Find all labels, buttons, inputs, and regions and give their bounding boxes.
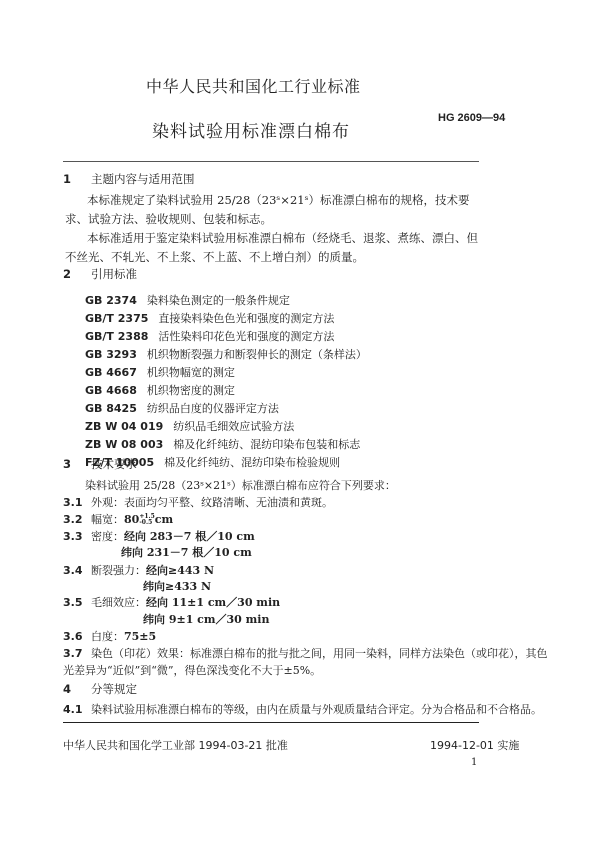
footer-divider: [63, 722, 479, 723]
item-value: 表面均匀平整、纹路清晰、无油渍和黄斑。: [124, 496, 333, 509]
reference-item: GB 4667机织物幅宽的测定: [85, 364, 235, 380]
reference-item: GB 3293机织物断裂强力和断裂伸长的测定（条样法）: [85, 346, 367, 362]
item-value: 标准漂白棉布的批与批之间，用同一染料，同样方法染色（或印花），其色: [190, 647, 548, 660]
standard-number: HG 2609—94: [438, 112, 505, 124]
page-number: 1: [471, 757, 477, 768]
item-number: 3.1: [63, 496, 91, 509]
section-number: 1: [63, 172, 91, 186]
item-value: 经向 11±1 cm／30 min: [146, 596, 280, 609]
section-4-heading: 4分等规定: [63, 681, 137, 697]
item-label: 断裂强力：: [91, 564, 146, 577]
section-3-heading: 3技术要求: [63, 456, 137, 472]
document-title: 染料试验用标准漂白棉布: [152, 117, 350, 142]
section-number: 3: [63, 457, 91, 471]
reference-code: ZB W 04 019: [85, 420, 163, 433]
item-label: 染色（印花）效果：: [91, 647, 190, 660]
reference-title: 机织物幅宽的测定: [147, 366, 235, 379]
item-number: 3.4: [63, 564, 91, 577]
section-number: 2: [63, 267, 91, 281]
requirement-3-7: 3.7染色（印花）效果：标准漂白棉布的批与批之间，用同一染料，同样方法染色（或印…: [63, 645, 548, 661]
requirement-3-7-cont: 光差异为“近似”到“微”，得色深浅变化不大于±5%。: [63, 662, 321, 678]
requirement-3-4: 3.4断裂强力：经向≥443 N: [63, 562, 214, 578]
reference-item: GB 4668机织物密度的测定: [85, 382, 235, 398]
requirement-4-1: 4.1染料试验用标准漂白棉布的等级，由内在质量与外观质量结合评定。分为合格品和不…: [63, 701, 542, 717]
reference-item: ZB W 04 019纺织品毛细效应试验方法: [85, 418, 294, 434]
tolerance: +1.5-0.5: [139, 514, 154, 526]
item-number: 3.5: [63, 596, 91, 609]
reference-code: GB 3293: [85, 348, 137, 361]
tolerance-minus: -0.5: [139, 520, 154, 526]
item-label: 外观：: [91, 496, 124, 509]
section-title: 技术要求: [91, 457, 137, 471]
section-1-heading: 1主题内容与适用范围: [63, 171, 195, 187]
section-3-intro: 染料试验用 25/28（23ˢ×21ˢ）标准漂白棉布应符合下列要求：: [85, 477, 396, 493]
item-value: 75±5: [124, 630, 156, 643]
reference-item: GB/T 2388活性染料印花色光和强度的测定方法: [85, 328, 334, 344]
requirement-3-6: 3.6白度：75±5: [63, 628, 156, 644]
reference-title: 棉及化纤纯纺、混纺印染布包装和标志: [173, 438, 360, 451]
requirement-3-5-weft: 纬向 9±1 cm／30 min: [143, 611, 269, 627]
requirement-3-4-weft: 纬向≥433 N: [143, 578, 211, 594]
approval-line: 中华人民共和国化学工业部 1994-03-21 批准: [63, 737, 288, 753]
requirement-3-1: 3.1外观：表面均匀平整、纹路清晰、无油渍和黄斑。: [63, 494, 333, 510]
item-number: 3.2: [63, 513, 91, 526]
reference-title: 活性染料印花色光和强度的测定方法: [158, 330, 334, 343]
reference-code: GB 4668: [85, 384, 137, 397]
section-1-paragraph-2: 本标准适用于鉴定染料试验用标准漂白棉布（经烧毛、退浆、煮练、漂白、但不丝光、不轧…: [65, 229, 480, 267]
item-value: 经向 283－7 根／10 cm: [124, 530, 255, 543]
item-label: 白度：: [91, 630, 124, 643]
issuing-organization: 中华人民共和国化工行业标准: [146, 74, 361, 97]
section-1-paragraph-1: 本标准规定了染料试验用 25/28（23ˢ×21ˢ）标准漂白棉布的规格，技术要求…: [65, 191, 480, 229]
item-value: 染料试验用标准漂白棉布的等级，由内在质量与外观质量结合评定。分为合格品和不合格品…: [91, 703, 542, 716]
item-label: 毛细效应：: [91, 596, 146, 609]
section-title: 引用标准: [91, 267, 137, 281]
item-number: 3.3: [63, 530, 91, 543]
reference-title: 纺织品毛细效应试验方法: [173, 420, 294, 433]
header-divider: [63, 161, 479, 162]
reference-code: GB 4667: [85, 366, 137, 379]
section-title: 分等规定: [91, 682, 137, 696]
reference-item: GB 2374染料染色测定的一般条件规定: [85, 292, 290, 308]
item-label: 密度：: [91, 530, 124, 543]
item-number: 3.7: [63, 647, 91, 660]
reference-title: 染料染色测定的一般条件规定: [147, 294, 290, 307]
reference-code: GB/T 2375: [85, 312, 148, 325]
section-title: 主题内容与适用范围: [91, 172, 195, 186]
reference-code: ZB W 08 003: [85, 438, 163, 451]
item-label: 幅宽：: [91, 513, 124, 526]
item-number: 3.6: [63, 630, 91, 643]
item-number: 4.1: [63, 703, 91, 716]
reference-item: ZB W 08 003棉及化纤纯纺、混纺印染布包装和标志: [85, 436, 360, 452]
reference-title: 棉及化纤纯纺、混纺印染布检验规则: [164, 456, 340, 469]
reference-title: 直接染料染色色光和强度的测定方法: [158, 312, 334, 325]
reference-item: GB/T 2375直接染料染色色光和强度的测定方法: [85, 310, 334, 326]
item-unit: cm: [155, 513, 173, 526]
reference-code: GB 8425: [85, 402, 137, 415]
reference-title: 机织物断裂强力和断裂伸长的测定（条样法）: [147, 348, 367, 361]
item-value: 80: [124, 513, 139, 526]
reference-code: GB 2374: [85, 294, 137, 307]
reference-title: 机织物密度的测定: [147, 384, 235, 397]
reference-item: GB 8425纺织品白度的仪器评定方法: [85, 400, 279, 416]
section-2-heading: 2引用标准: [63, 266, 137, 282]
requirement-3-3-weft: 纬向 231－7 根／10 cm: [121, 544, 252, 560]
reference-code: GB/T 2388: [85, 330, 148, 343]
reference-title: 纺织品白度的仪器评定方法: [147, 402, 279, 415]
requirement-3-5: 3.5毛细效应：经向 11±1 cm／30 min: [63, 594, 280, 610]
implementation-date: 1994-12-01 实施: [430, 737, 519, 753]
item-value: 经向≥443 N: [146, 564, 214, 577]
requirement-3-2: 3.2幅宽：80+1.5-0.5cm: [63, 511, 173, 527]
section-number: 4: [63, 682, 91, 696]
requirement-3-3: 3.3密度：经向 283－7 根／10 cm: [63, 528, 255, 544]
